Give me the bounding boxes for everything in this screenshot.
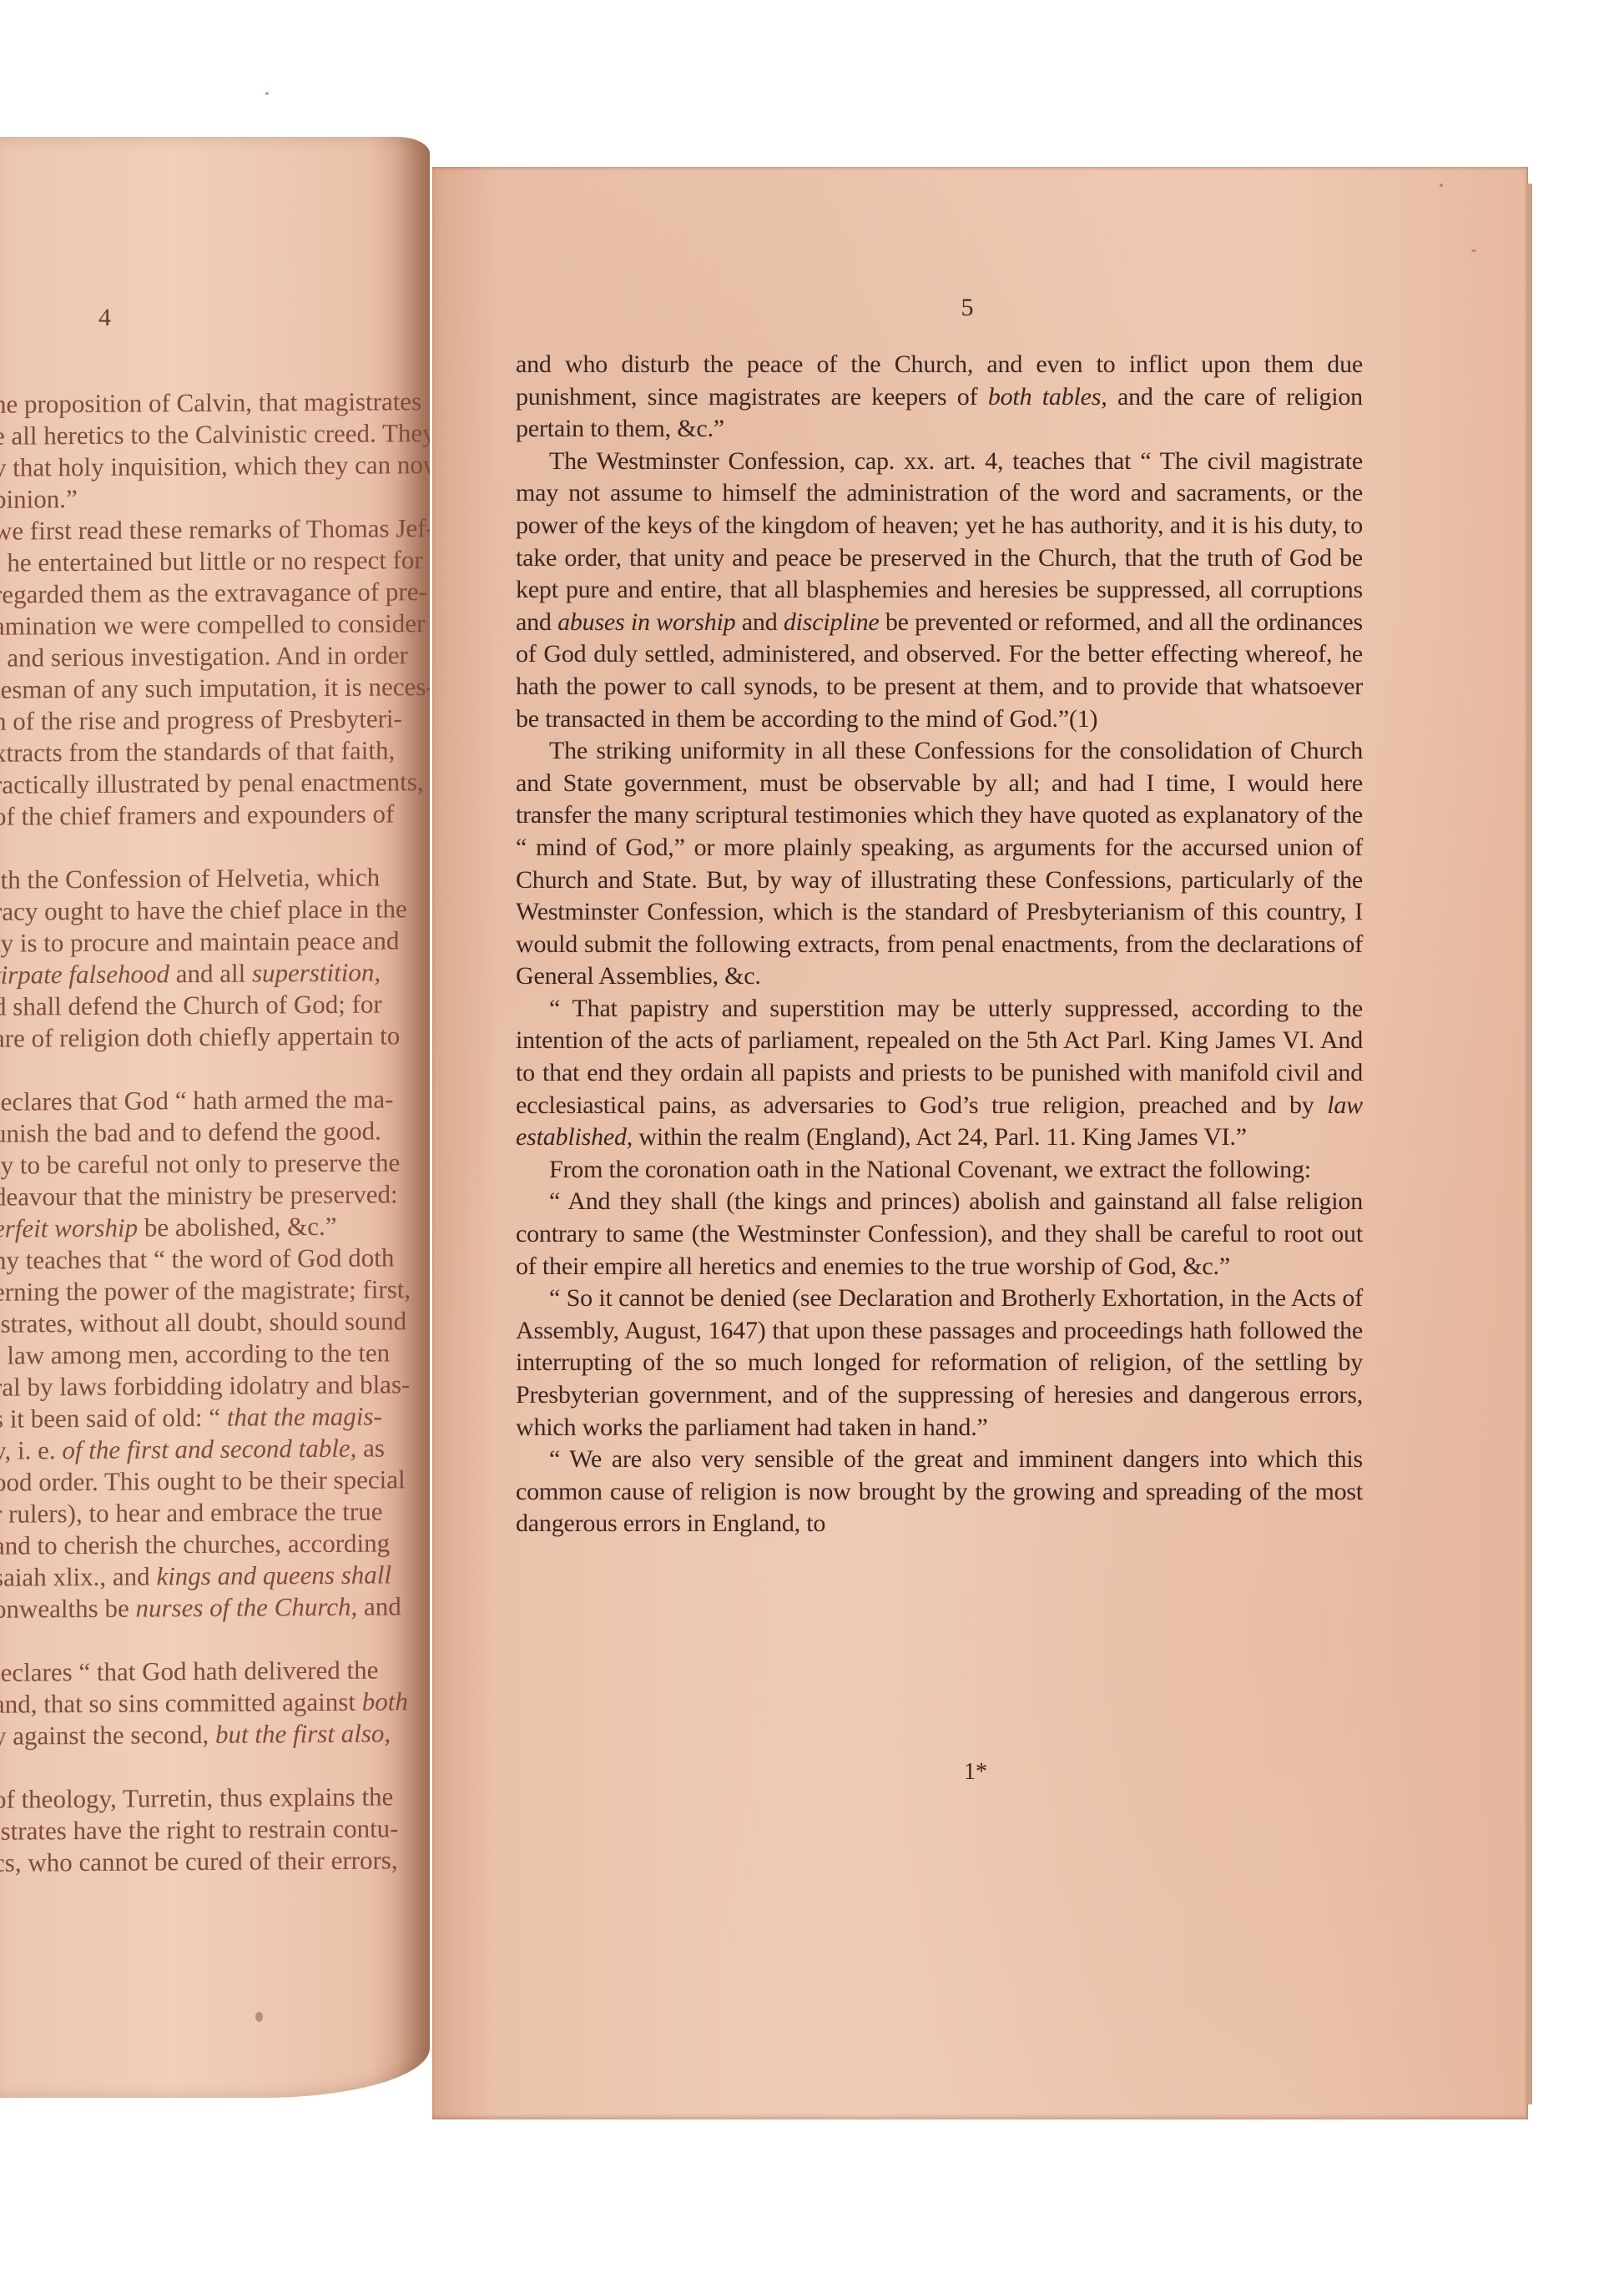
right-page: 5 and who disturb the peace of the Churc… bbox=[432, 167, 1527, 2119]
paragraph: The striking uniformity in all these Con… bbox=[516, 735, 1363, 993]
text-segment: e all heretics to the Calvinistic creed.… bbox=[0, 418, 430, 451]
italic-segment: tirpate falsehood bbox=[0, 959, 169, 989]
text-line: v, i. e. of the first and second table, … bbox=[0, 1432, 415, 1467]
paragraph: The Westminster Confession, cap. xx. art… bbox=[516, 446, 1363, 735]
text-line: ty is to procure and maintain peace and bbox=[0, 925, 415, 960]
text-segment: saiah xlix., and bbox=[0, 1561, 156, 1591]
text-line: tirpate falsehood and all superstition, bbox=[0, 956, 415, 991]
text-line: pinion.” bbox=[0, 481, 415, 516]
ink-spot bbox=[265, 92, 269, 95]
paragraph: From the coronation oath in the National… bbox=[516, 1154, 1363, 1187]
text-segment: regarded them as the extravagance of pre… bbox=[0, 577, 427, 609]
signature-mark: 1* bbox=[424, 1759, 1527, 1786]
text-segment: l law among men, according to the ten bbox=[0, 1338, 390, 1369]
text-line: erfeit worship be abolished, &c.” bbox=[0, 1210, 415, 1245]
text-segment: xtracts from the standards of that faith… bbox=[0, 735, 395, 767]
text-line: istrates, without all doubt, should soun… bbox=[0, 1305, 415, 1340]
text-segment: and, that so sins committed against bbox=[0, 1687, 362, 1719]
text-segment: leclares “ that God hath delivered the bbox=[0, 1656, 378, 1687]
text-segment: leclares that God “ hath armed the ma- bbox=[0, 1084, 393, 1116]
text-segment: ractically illustrated by penal enactmen… bbox=[0, 767, 424, 799]
text-segment: of the chief framers and expounders of bbox=[0, 799, 394, 830]
text-line: leclares “ that God hath delivered the bbox=[0, 1654, 415, 1689]
text-line: erning the power of the magistrate; firs… bbox=[0, 1273, 415, 1308]
text-segment: erning the power of the magistrate; firs… bbox=[0, 1274, 411, 1306]
text-line: d shall defend the Church of God; for bbox=[0, 988, 415, 1023]
text-segment: and to cherish the churches, according bbox=[0, 1528, 390, 1560]
italic-segment: both bbox=[362, 1686, 408, 1716]
paragraph: and who disturb the peace of the Church,… bbox=[516, 349, 1363, 446]
text-line: s it been said of old: “ that the magis- bbox=[0, 1400, 415, 1435]
left-page: 4 he proposition of Calvin, that magistr… bbox=[0, 137, 430, 2098]
text-line: regarded them as the extravagance of pre… bbox=[0, 576, 415, 611]
text-segment: he proposition of Calvin, that magistrat… bbox=[0, 386, 421, 419]
paragraph-gap bbox=[0, 829, 415, 864]
paragraph-gap bbox=[0, 1051, 415, 1086]
italic-segment: but the first also, bbox=[215, 1718, 391, 1748]
text-segment: v, i. e. bbox=[0, 1435, 62, 1465]
text-segment: “ So it cannot be denied (see Declaratio… bbox=[516, 1284, 1363, 1440]
text-segment: ith the Confession of Helvetia, which bbox=[0, 863, 380, 895]
text-line: are of religion doth chiefly appertain t… bbox=[0, 1020, 415, 1055]
text-segment: we first read these remarks of Thomas Je… bbox=[0, 513, 430, 546]
text-line: istrates have the right to restrain cont… bbox=[0, 1812, 415, 1847]
text-segment: as bbox=[356, 1433, 385, 1462]
text-line: we first read these remarks of Thomas Je… bbox=[0, 512, 415, 547]
text-segment: deavour that the ministry be preserved: bbox=[0, 1179, 398, 1211]
text-segment: r rulers), to hear and embrace the true bbox=[0, 1497, 382, 1529]
text-line: e all heretics to the Calvinistic creed.… bbox=[0, 417, 415, 452]
text-line: ; and serious investigation. And in orde… bbox=[0, 639, 415, 674]
text-line: cs, who cannot be cured of their errors, bbox=[0, 1844, 415, 1879]
text-segment: istrates have the right to restrain cont… bbox=[0, 1813, 399, 1845]
text-line: amination we were compelled to consider bbox=[0, 607, 415, 643]
ink-spot bbox=[1440, 184, 1443, 187]
text-segment: “ We are also very sensible of the great… bbox=[516, 1445, 1363, 1537]
text-line: saiah xlix., and kings and queens shall bbox=[0, 1559, 415, 1594]
text-segment: onwealths be bbox=[0, 1594, 135, 1624]
text-line: and, that so sins committed against both bbox=[0, 1686, 415, 1721]
page-number-left: 4 bbox=[98, 304, 111, 332]
text-line: h of the rise and progress of Presbyteri… bbox=[0, 703, 415, 738]
italic-segment: discipline bbox=[784, 608, 880, 636]
text-segment: and bbox=[357, 1591, 401, 1620]
text-segment: “ That papistry and superstition may be … bbox=[516, 995, 1363, 1119]
text-line: xtracts from the standards of that faith… bbox=[0, 734, 415, 769]
text-segment: The striking uniformity in all these Con… bbox=[516, 737, 1363, 990]
text-line: leclares that God “ hath armed the ma- bbox=[0, 1083, 415, 1118]
text-line: ty to be careful not only to preserve th… bbox=[0, 1147, 415, 1182]
text-line: and to cherish the churches, according bbox=[0, 1527, 415, 1562]
text-segment: From the coronation oath in the National… bbox=[549, 1156, 1311, 1183]
italic-segment: that the magis- bbox=[227, 1402, 382, 1432]
ink-spot bbox=[1471, 249, 1476, 252]
text-line: ; he entertained but little or no respec… bbox=[0, 544, 415, 579]
italic-segment: abuses in worship bbox=[557, 608, 735, 636]
text-line: v that holy inquisition, which they can … bbox=[0, 449, 415, 484]
text-segment: racy ought to have the chief place in th… bbox=[0, 894, 407, 925]
italic-segment: both tables, bbox=[988, 383, 1107, 411]
text-line: r rulers), to hear and embrace the true bbox=[0, 1495, 415, 1530]
text-segment: ; he entertained but little or no respec… bbox=[0, 545, 423, 577]
text-line: ith the Confession of Helvetia, which bbox=[0, 861, 415, 896]
right-page-text: and who disturb the peace of the Church,… bbox=[516, 349, 1363, 1540]
text-segment: h of the rise and progress of Presbyteri… bbox=[0, 703, 402, 735]
italic-segment: nurses of the Church, bbox=[135, 1592, 357, 1623]
italic-segment: erfeit worship bbox=[0, 1213, 138, 1243]
text-segment: ; and serious investigation. And in orde… bbox=[0, 640, 408, 672]
paragraph: “ That papistry and superstition may be … bbox=[516, 993, 1363, 1154]
text-segment: s it been said of old: “ bbox=[0, 1403, 227, 1434]
text-segment: and bbox=[735, 608, 783, 636]
text-segment: y against the second, bbox=[0, 1720, 215, 1751]
text-segment: within the realm (England), Act 24, Parl… bbox=[633, 1123, 1247, 1151]
text-line: l law among men, according to the ten bbox=[0, 1337, 415, 1372]
page-edge bbox=[1527, 184, 1532, 2104]
ink-spot bbox=[255, 2012, 263, 2022]
text-line: ood order. This ought to be their specia… bbox=[0, 1464, 415, 1499]
text-segment: unish the bad and to defend the good. bbox=[0, 1116, 381, 1148]
text-segment: ny teaches that “ the word of God doth bbox=[0, 1242, 394, 1274]
text-line: y against the second, but the first also… bbox=[0, 1717, 415, 1752]
text-segment: v that holy inquisition, which they can … bbox=[0, 450, 430, 482]
text-segment: of theology, Turretin, thus explains the bbox=[0, 1782, 393, 1813]
text-line: tesman of any such imputation, it is nec… bbox=[0, 671, 415, 706]
text-segment: ty to be careful not only to preserve th… bbox=[0, 1147, 400, 1179]
text-segment: ood order. This ought to be their specia… bbox=[0, 1464, 406, 1496]
text-line: ractically illustrated by penal enactmen… bbox=[0, 766, 415, 801]
paragraph-gap bbox=[0, 1749, 415, 1784]
text-line: deavour that the ministry be preserved: bbox=[0, 1178, 415, 1213]
text-segment: “ And they shall (the kings and princes)… bbox=[516, 1187, 1363, 1279]
text-segment: ty is to procure and maintain peace and bbox=[0, 925, 399, 957]
text-segment: pinion.” bbox=[0, 484, 78, 514]
page-number-right: 5 bbox=[407, 294, 1527, 322]
text-segment: ral by laws forbidding idolatry and blas… bbox=[0, 1369, 410, 1401]
italic-segment: superstition, bbox=[252, 958, 381, 988]
text-segment: cs, who cannot be cured of their errors, bbox=[0, 1845, 398, 1877]
text-segment: are of religion doth chiefly appertain t… bbox=[0, 1021, 400, 1052]
paragraph: “ And they shall (the kings and princes)… bbox=[516, 1186, 1363, 1283]
text-line: ral by laws forbidding idolatry and blas… bbox=[0, 1368, 415, 1404]
text-segment: be abolished, &c.” bbox=[138, 1212, 336, 1242]
text-line: of the chief framers and expounders of bbox=[0, 798, 415, 833]
text-line: unish the bad and to defend the good. bbox=[0, 1115, 415, 1150]
text-line: he proposition of Calvin, that magistrat… bbox=[0, 386, 415, 421]
paragraph: “ So it cannot be denied (see Declaratio… bbox=[516, 1283, 1363, 1444]
left-page-text: he proposition of Calvin, that magistrat… bbox=[0, 386, 415, 1879]
text-segment: istrates, without all doubt, should soun… bbox=[0, 1306, 406, 1338]
paragraph-gap bbox=[0, 1622, 415, 1657]
italic-segment: kings and queens shall bbox=[156, 1560, 391, 1590]
text-line: of theology, Turretin, thus explains the bbox=[0, 1781, 415, 1816]
text-segment: and all bbox=[169, 959, 252, 989]
paragraph: “ We are also very sensible of the great… bbox=[516, 1444, 1363, 1540]
text-line: ny teaches that “ the word of God doth bbox=[0, 1242, 415, 1277]
text-line: onwealths be nurses of the Church, and bbox=[0, 1590, 415, 1625]
text-line: racy ought to have the chief place in th… bbox=[0, 893, 415, 928]
text-segment: tesman of any such imputation, it is nec… bbox=[0, 672, 430, 704]
text-segment: amination we were compelled to consider bbox=[0, 608, 425, 641]
text-segment: d shall defend the Church of God; for bbox=[0, 990, 382, 1021]
italic-segment: of the first and second table, bbox=[62, 1434, 356, 1464]
